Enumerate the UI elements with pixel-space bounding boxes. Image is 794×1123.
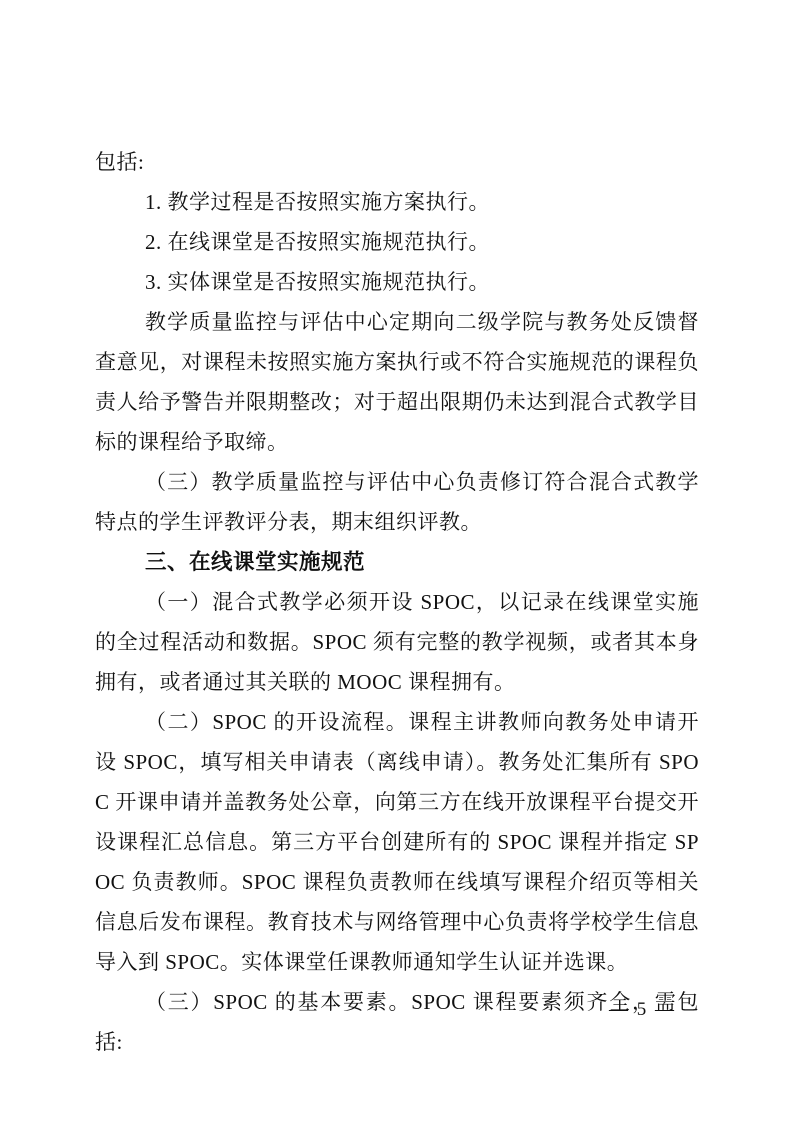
paragraph: （三）教学质量监控与评估中心负责修订符合混合式教学特点的学生评教评分表，期末组织… — [95, 462, 699, 542]
paragraph: 2. 在线课堂是否按照实施规范执行。 — [95, 222, 699, 262]
paragraph: 3. 实体课堂是否按照实施规范执行。 — [95, 262, 699, 302]
section-heading: 三、在线课堂实施规范 — [95, 542, 699, 582]
document-body: 包括:1. 教学过程是否按照实施方案执行。2. 在线课堂是否按照实施规范执行。3… — [95, 142, 699, 1062]
paragraph: 教学质量监控与评估中心定期向二级学院与教务处反馈督查意见，对课程未按照实施方案执… — [95, 302, 699, 462]
paragraph: （一）混合式教学必须开设 SPOC，以记录在线课堂实施的全过程活动和数据。SPO… — [95, 582, 699, 702]
paragraph: 1. 教学过程是否按照实施方案执行。 — [95, 182, 699, 222]
paragraph: 包括: — [95, 142, 699, 182]
page-number: — 5 — — [609, 995, 676, 1025]
paragraph: （二）SPOC 的开设流程。课程主讲教师向教务处申请开设 SPOC，填写相关申请… — [95, 702, 699, 982]
document-page: 包括:1. 教学过程是否按照实施方案执行。2. 在线课堂是否按照实施规范执行。3… — [0, 0, 794, 1123]
